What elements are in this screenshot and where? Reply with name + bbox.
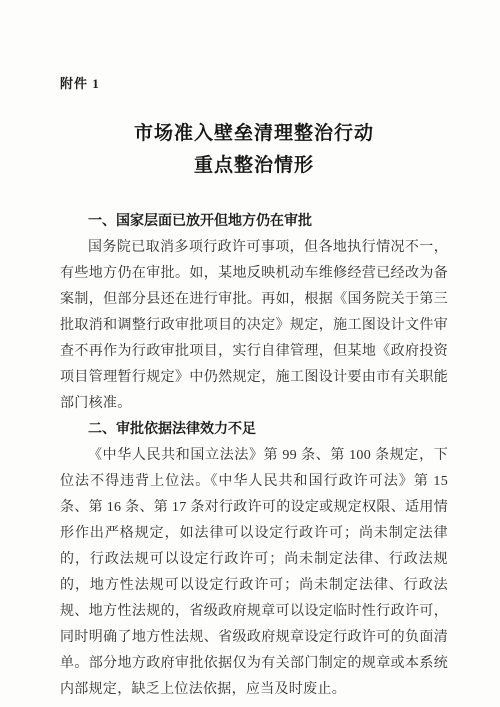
section-national-level: 一、国家层面已放开但地方仍在审批 国务院已取消多项行政许可事项，但各地执行情况不…	[60, 209, 448, 417]
section-1-heading: 一、国家层面已放开但地方仍在审批	[60, 209, 448, 235]
document-content: 附件 1 市场准入壁垒清理整治行动 重点整治情形 一、国家层面已放开但地方仍在审…	[60, 71, 448, 703]
section-1-body: 国务院已取消多项行政许可事项，但各地执行情况不一，有些地方仍在审批。如，某地反映…	[60, 235, 448, 417]
attachment-label: 附件 1	[60, 71, 448, 97]
document-title-line-2: 重点整治情形	[60, 150, 448, 182]
section-legal-basis: 二、审批依据法律效力不足 《中华人民共和国立法法》第 99 条、第 100 条规…	[60, 417, 448, 703]
document-page: 附件 1 市场准入壁垒清理整治行动 重点整治情形 一、国家层面已放开但地方仍在审…	[0, 0, 500, 707]
section-2-body: 《中华人民共和国立法法》第 99 条、第 100 条规定，下位法不得违背上位法。…	[60, 443, 448, 703]
section-2-heading: 二、审批依据法律效力不足	[60, 417, 448, 443]
document-title: 市场准入壁垒清理整治行动 重点整治情形	[60, 118, 448, 182]
document-title-line-1: 市场准入壁垒清理整治行动	[60, 118, 448, 150]
